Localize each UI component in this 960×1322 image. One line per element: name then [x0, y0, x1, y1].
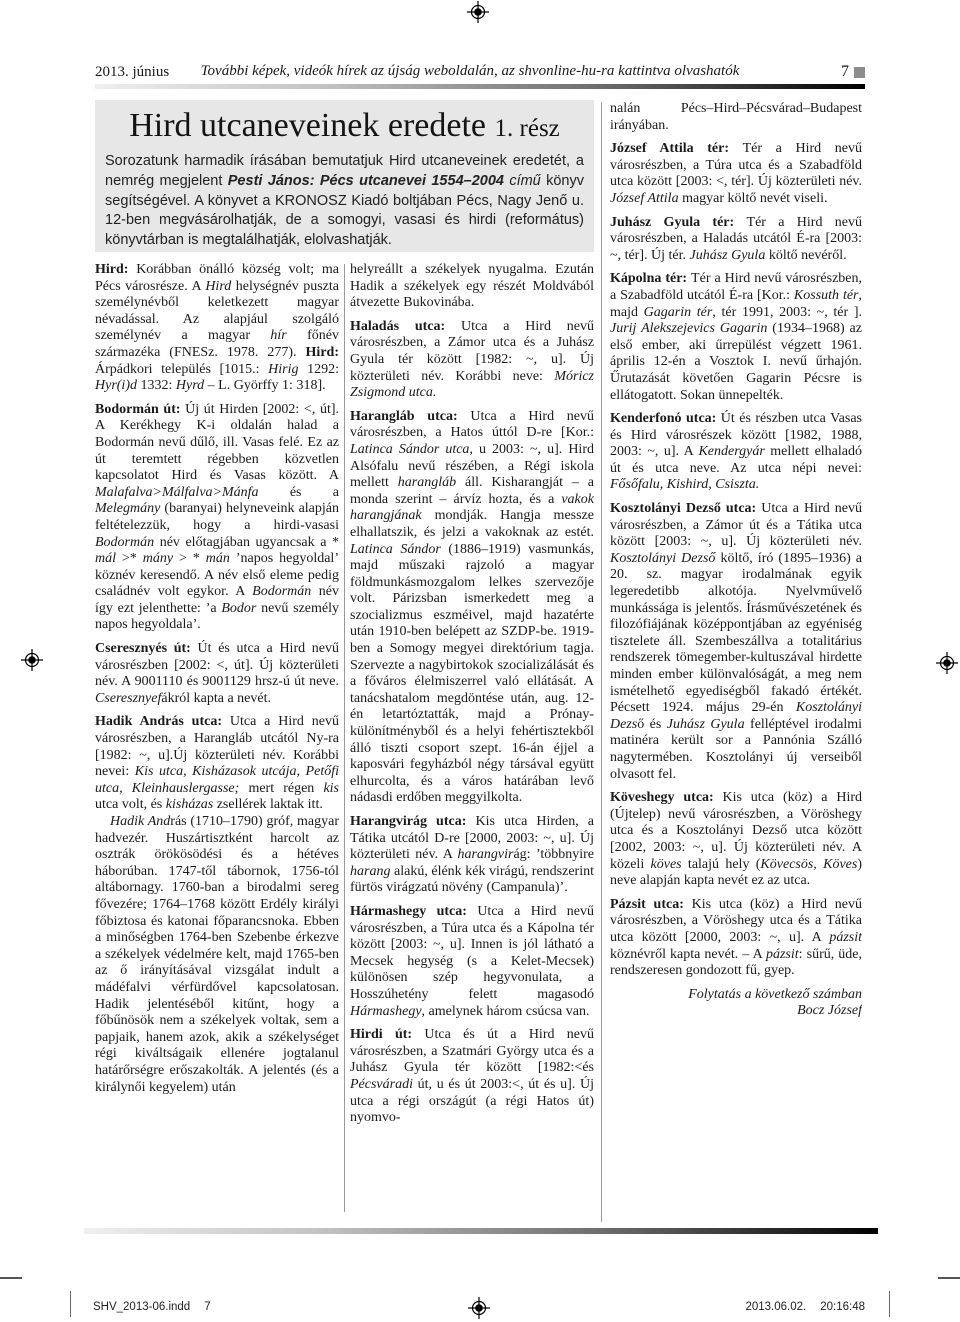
entry-jozsef-attila-ter: József Attila tér: Tér a Hird nevű város…: [610, 141, 862, 207]
page-number: 7: [841, 63, 849, 81]
text-run: József Attila: [610, 191, 679, 206]
text-run: Latinca Sándor utca: [350, 442, 469, 457]
text-run: , amelynek három csúcsa van.: [422, 1004, 590, 1019]
text-run: Cseresznyef: [95, 691, 161, 706]
article-column-2: helyreállt a székelyek nyugalma. Ezután …: [350, 262, 594, 1214]
text-run: költő, író (1895–1936) a 20. sz. magyar …: [610, 551, 862, 715]
page-number-wrap: 7: [841, 63, 865, 81]
slug-date: 2013.06.02.: [745, 1301, 806, 1313]
entry-headword: Hármashegy utca:: [350, 904, 477, 919]
entry-haladas-utca: Haladás utca: Utca a Hird nevű városrész…: [350, 319, 594, 402]
entry-headword: Pázsit utca:: [610, 897, 692, 912]
registration-mark-icon: [21, 649, 43, 671]
text-run: köves: [651, 857, 682, 872]
slug-page-number: 7: [204, 1301, 210, 1313]
crop-tick-right: [889, 1291, 890, 1317]
text-run: kis: [323, 781, 339, 796]
entry-kapolna-ter: Kápolna tér: Tér a Hird nevű városrészbe…: [610, 271, 862, 404]
text-run: mán: [206, 551, 230, 566]
entry-headword: Haladás utca:: [350, 319, 461, 334]
text-run: – L. Györffy 1: 318].: [204, 378, 325, 393]
text-run: harangvir: [457, 847, 513, 862]
text-run: , tér 1991, 2003: ~, tér ].: [712, 305, 862, 320]
text-run: Hyrd: [176, 378, 204, 393]
entry-headword: Kápolna tér:: [610, 271, 691, 286]
text-run: és a: [259, 485, 339, 500]
text-run: hír: [270, 328, 286, 343]
text-run: Kosztolányi Dezső: [610, 551, 715, 566]
registration-mark-icon: [468, 1297, 490, 1319]
text-run: kisházas: [166, 797, 213, 812]
entry-pazsit-utca: Pázsit utca: Kis utca (köz) a Hird nevű …: [610, 897, 862, 980]
text-run: Hird: [205, 279, 231, 294]
slug-time: 20:16:48: [820, 1301, 865, 1313]
text-run: talajú hely (: [682, 857, 761, 872]
article-intro: Sorozatunk harmadik írásában bemutatjuk …: [105, 152, 584, 251]
column-divider: [344, 264, 345, 1212]
entry-headword: Hirdi út:: [350, 1027, 424, 1042]
entry-headword: Hird:: [95, 262, 136, 277]
entry-hirdi-ut-continued: nalán Pécs–Hird–Pécsvárad–Budapest irány…: [610, 101, 862, 134]
text-run: Folytatás a következő számban: [688, 987, 862, 1002]
text-run: Bodormán: [252, 584, 311, 599]
text-run: Jurij Alekszejevics Gagarin: [610, 321, 767, 336]
entry-hirdi-ut: Hirdi út: Utca és út a Hird nevű városré…: [350, 1027, 594, 1127]
entry-hadik-andras-utca: Hadik András utca: Utca a Hird nevű váro…: [95, 714, 339, 814]
text-run: Kossuth tér: [794, 288, 859, 303]
entry-headword: Kenderfonó utca:: [610, 411, 721, 426]
text-run: Malafalva>Málfalva>Mánfa: [95, 485, 259, 500]
entry-cseresznyes-ut: Cseresznyés út: Út és utca a Hird nevű v…: [95, 641, 339, 707]
entry-hird: Hird: Korábban önálló község volt; ma Pé…: [95, 262, 339, 395]
text-run: mert régen: [239, 781, 323, 796]
text-run: (1886–1919) vasmunkás, majd műszaki rajz…: [350, 542, 594, 806]
text-run: utca volt, és: [95, 797, 166, 812]
entry-harangvirag-utca: Harangvirág utca: Kis utca Hirden, a Tát…: [350, 814, 594, 897]
newspaper-page: 2013. június További képek, videók hírek…: [0, 0, 960, 1322]
slug-line-right: 2013.06.02.20:16:48: [745, 1301, 865, 1313]
entry-headword: Kosztolányi Dezső utca:: [610, 501, 761, 516]
text-run: Hirig: [268, 362, 298, 377]
hadik-biography: Hadik András (1710–1790) gróf, magyar ha…: [95, 814, 339, 1096]
entry-headword: Köveshegy utca:: [610, 790, 723, 805]
entry-headword: Hird:: [306, 345, 339, 360]
text-run: pázsit: [829, 930, 862, 945]
text-run: harangláb: [398, 475, 456, 490]
text-run: ág: ’többnyire: [513, 847, 594, 862]
text-run: Hármashegy: [350, 1004, 422, 1019]
entry-headword: Hadik András utca:: [95, 714, 230, 729]
text-run: ő és: [637, 717, 667, 732]
entry-kenderfono-utca: Kenderfonó utca: Út és részben utca Vasa…: [610, 411, 862, 494]
crop-mark-bottom-right: [938, 1277, 960, 1279]
text-run: >*: [116, 551, 143, 566]
text-run: Bocz József: [797, 1003, 862, 1018]
entry-headword: Harangláb utca:: [350, 409, 470, 424]
header-note: További képek, videók hírek az újság web…: [190, 63, 750, 80]
text-run: Pécsváradi: [350, 1077, 413, 1092]
text-run: Kövecsös, Köves: [760, 857, 857, 872]
entry-headword: Juhász Gyula tér:: [610, 215, 747, 230]
text-run: pázsit: [766, 947, 799, 962]
text-run: Kendergyár: [698, 444, 764, 459]
page-number-box: [854, 67, 865, 78]
entry-headword: József Attila tér:: [610, 141, 743, 156]
entry-kosztolanyi-dezso-utca: Kosztolányi Dezső utca: Utca a Hird nevű…: [610, 501, 862, 783]
article-column-1: Hird: Korábban önálló község volt; ma Pé…: [95, 262, 339, 1214]
text-run: című: [509, 173, 540, 189]
text-run: Juhász Gyula: [690, 248, 766, 263]
text-run: rás (1710–1790) gróf, magyar hadvezér. H…: [95, 814, 339, 1095]
article-title: Hird utcaneveinek eredete 1. rész: [105, 106, 584, 149]
entry-haranglab-utca: Harangláb utca: Utca a Hird nevű városré…: [350, 409, 594, 807]
text-run: > *: [173, 551, 206, 566]
article-title-part: 1. rész: [495, 115, 560, 142]
text-run: név előtagjában ugyancsak a *: [154, 535, 339, 550]
text-run: magyar költő nevét viseli.: [679, 191, 828, 206]
article-title-main: Hird utcaneveinek eredete: [129, 107, 486, 144]
header-rule: [95, 84, 865, 89]
text-run: Hadik And: [110, 814, 170, 829]
column-divider: [601, 102, 602, 1222]
crop-mark-bottom-left: [0, 1277, 22, 1279]
entry-headword: Harangvirág utca:: [350, 814, 475, 829]
slug-line-left: SHV_2013-06.indd7: [93, 1301, 211, 1313]
text-run: Árpádkori település [1015.:: [95, 362, 268, 377]
text-run: Latinca Sándor: [350, 542, 441, 557]
article-title-box: Hird utcaneveinek eredete 1. rész Soroza…: [95, 100, 594, 252]
text-run: költő nevéről.: [765, 248, 846, 263]
continuation-note: Folytatás a következő számban: [610, 987, 862, 1004]
article-column-3: nalán Pécs–Hird–Pécsvárad–Budapest irány…: [610, 101, 862, 1223]
text-run: zsellérek laktak itt.: [213, 797, 323, 812]
text-run: Juhász Gyula: [667, 717, 745, 732]
registration-mark-icon: [467, 1, 489, 23]
text-run: mál: [95, 551, 116, 566]
bottom-rule: [84, 1228, 878, 1234]
entry-juhasz-gyula-ter: Juhász Gyula tér: Tér a Hird nevű városr…: [610, 215, 862, 265]
text-run: ákról kapta a nevét.: [161, 691, 271, 706]
issue-date: 2013. június: [95, 64, 169, 81]
slug-filename: SHV_2013-06.indd: [93, 1301, 190, 1313]
entry-headword: Pesti János: Pécs utcanevei 1554–2004: [228, 173, 504, 189]
text-run: 1332:: [137, 378, 176, 393]
entry-koveshegy-utca: Köveshegy utca: Kis utca (köz) a Hird (Ú…: [610, 790, 862, 890]
text-run: mány: [143, 551, 173, 566]
entry-harmashegy-utca: Hármashegy utca: Utca a Hird nevű városr…: [350, 904, 594, 1020]
entry-headword: Bodormán út:: [95, 402, 185, 417]
text-run: 1292:: [299, 362, 340, 377]
text-run: Hyr(i)d: [95, 378, 137, 393]
text-run: harang: [350, 864, 390, 879]
hadik-biography-continued: helyreállt a székelyek nyugalma. Ezután …: [350, 262, 594, 312]
entry-headword: Cseresznyés út:: [95, 641, 198, 656]
text-run: Fősőfalu, Kishird, Csiszta.: [610, 477, 759, 492]
crop-tick-left: [70, 1291, 71, 1317]
text-run: Bodormán: [95, 535, 154, 550]
text-run: nalán Pécs–Hird–Pécsvárad–Budapest irány…: [610, 101, 862, 133]
text-run: köznévről kapta nevét. – A: [610, 947, 766, 962]
text-run: helyreállt a székelyek nyugalma. Ezután …: [350, 262, 594, 310]
text-run: Gagarin tér: [644, 305, 713, 320]
registration-mark-icon: [936, 652, 958, 674]
text-run: Bodor: [221, 601, 256, 616]
author-byline: Bocz József: [610, 1003, 862, 1020]
text-run: Melegmány: [95, 501, 160, 516]
entry-bodorman-ut: Bodormán út: Új út Hirden [2002: <, út].…: [95, 402, 339, 634]
